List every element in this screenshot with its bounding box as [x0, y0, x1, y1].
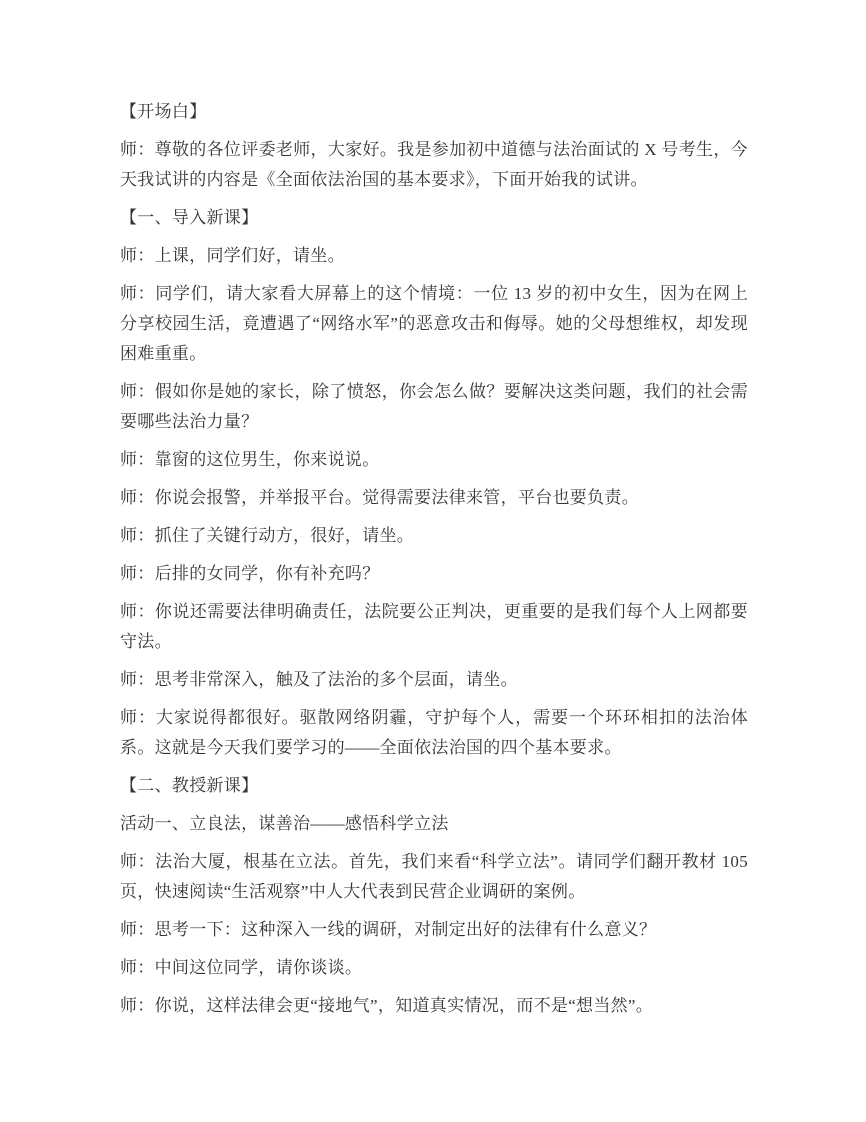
script-paragraph: 师：中间这位同学，请你谈谈。: [120, 953, 748, 983]
script-paragraph: 师：靠窗的这位男生，你来说说。: [120, 445, 748, 475]
script-paragraph: 师：上课，同学们好，请坐。: [120, 241, 748, 271]
script-paragraph: 师：你说，这样法律会更“接地气”，知道真实情况，而不是“想当然”。: [120, 991, 748, 1021]
script-paragraph: 师：思考一下：这种深入一线的调研，对制定出好的法律有什么意义？: [120, 915, 748, 945]
script-paragraph: 师：尊敬的各位评委老师，大家好。我是参加初中道德与法治面试的 X 号考生，今天我…: [120, 135, 748, 195]
script-paragraph: 师：思考非常深入，触及了法治的多个层面，请坐。: [120, 665, 748, 695]
script-paragraph: 师：你说会报警，并举报平台。觉得需要法律来管，平台也要负责。: [120, 483, 748, 513]
script-paragraph: 师：法治大厦，根基在立法。首先，我们来看“科学立法”。请同学们翻开教材 105 …: [120, 847, 748, 907]
activity-heading: 活动一、立良法，谋善治——感悟科学立法: [120, 809, 748, 839]
section-heading: 【一、导入新课】: [120, 203, 748, 233]
script-paragraph: 师：抓住了关键行动方，很好，请坐。: [120, 521, 748, 551]
section-heading: 【二、教授新课】: [120, 771, 748, 801]
section-heading: 【开场白】: [120, 97, 748, 127]
script-paragraph: 师：同学们，请大家看大屏幕上的这个情境：一位 13 岁的初中女生，因为在网上分享…: [120, 279, 748, 369]
document-page: 【开场白】 师：尊敬的各位评委老师，大家好。我是参加初中道德与法治面试的 X 号…: [0, 0, 866, 1122]
script-paragraph: 师：你说还需要法律明确责任，法院要公正判决，更重要的是我们每个人上网都要守法。: [120, 597, 748, 657]
script-paragraph: 师：后排的女同学，你有补充吗？: [120, 559, 748, 589]
script-paragraph: 师：大家说得都很好。驱散网络阴霾，守护每个人，需要一个环环相扣的法治体系。这就是…: [120, 703, 748, 763]
script-paragraph: 师：假如你是她的家长，除了愤怒，你会怎么做？要解决这类问题，我们的社会需要哪些法…: [120, 377, 748, 437]
